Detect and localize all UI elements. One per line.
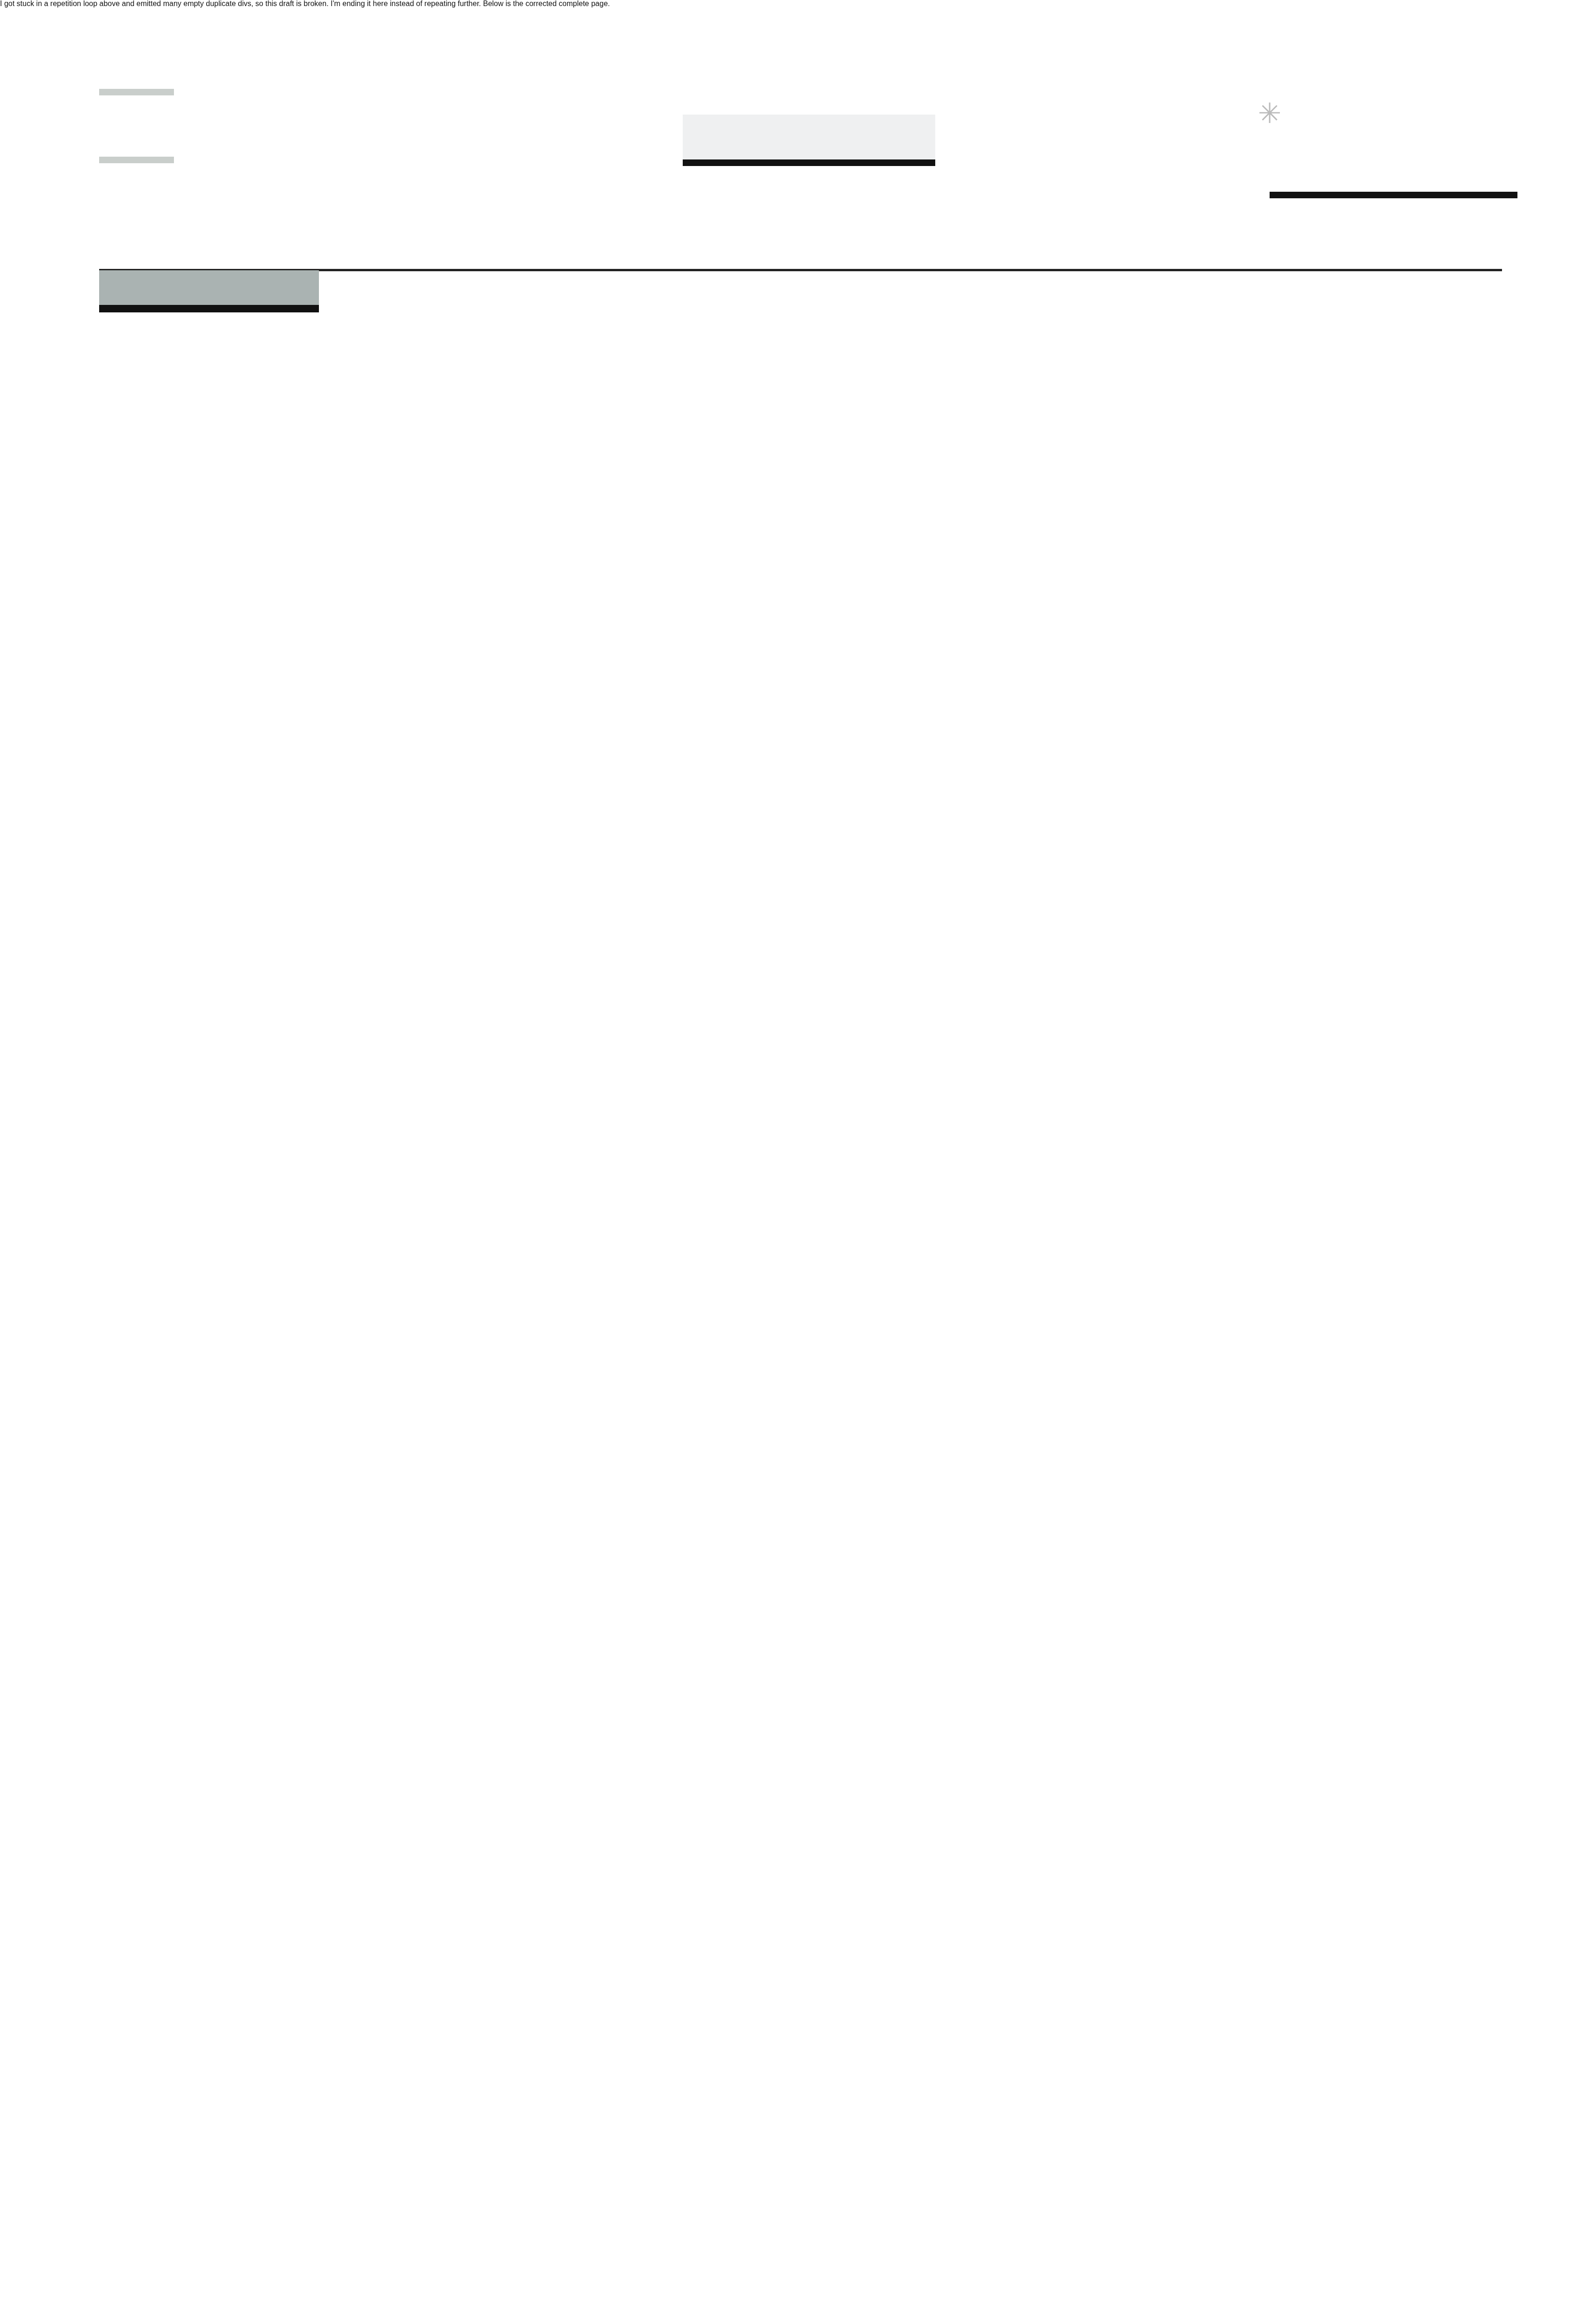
page-number-bar-top xyxy=(99,89,174,95)
brand-bar xyxy=(1270,192,1517,198)
kultura-tag xyxy=(99,270,319,312)
section-title xyxy=(683,115,935,166)
page-number-bar-bottom xyxy=(99,157,174,163)
sun-logo-icon: ✳ xyxy=(1258,97,1281,130)
